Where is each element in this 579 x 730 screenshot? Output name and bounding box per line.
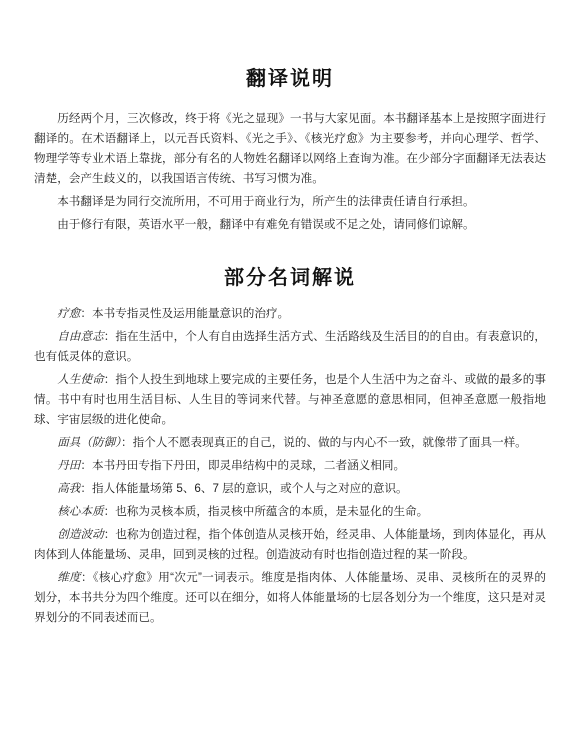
glossary-term: 维度	[57, 571, 81, 584]
glossary-term: 疗愈	[57, 307, 80, 320]
glossary-definition: 指个人不愿表现真正的自己，说的、做的与内心不一致，就像带了面具一样。	[133, 436, 527, 449]
glossary-entry: 丹田：本书丹田专指下丹田，即灵串结构中的灵球，二者涵义相同。	[34, 456, 546, 476]
glossary-definition: 《核心疗愈》用“次元”一词表示。维度是指肉体、人体能量场、灵串、灵核所在的灵界的…	[34, 571, 546, 624]
glossary-entry: 面具（防御）：指个人不愿表现真正的自己，说的、做的与内心不一致，就像带了面具一样…	[34, 433, 546, 453]
glossary-definition: 本书丹田专指下丹田，即灵串结构中的灵球，二者涵义相同。	[92, 459, 405, 472]
translation-notes-paragraph: 历经两个月，三次修改，终于将《光之显现》一书与大家见面。本书翻译基本上是按照字面…	[34, 109, 546, 189]
glossary-entry: 核心本质：也称为灵核本质，指灵核中所蕴含的本质，是未显化的生命。	[34, 502, 546, 522]
glossary-entry: 人生使命：指个人投生到地球上要完成的主要任务，也是个人生活中为之奋斗、或做的最多…	[34, 370, 546, 430]
document-page: 翻译说明 历经两个月，三次修改，终于将《光之显现》一书与大家见面。本书翻译基本上…	[0, 0, 579, 730]
glossary-separator: ：	[104, 505, 116, 518]
glossary-separator: ：	[104, 528, 116, 541]
glossary-term: 面具（防御）	[57, 436, 121, 449]
glossary-entry: 维度：《核心疗愈》用“次元”一词表示。维度是指肉体、人体能量场、灵串、灵核所在的…	[34, 568, 546, 628]
glossary-title: 部分名词解说	[34, 261, 546, 290]
glossary-separator: ：	[80, 459, 92, 472]
glossary-definition: 本书专指灵性及运用能量意识的治疗。	[92, 307, 289, 320]
glossary-definition: 指人体能量场第 5、6、7 层的意识，或个人与之对应的意识。	[92, 482, 408, 495]
glossary-entry: 高我：指人体能量场第 5、6、7 层的意识，或个人与之对应的意识。	[34, 479, 546, 499]
glossary-term: 人生使命	[57, 373, 104, 386]
glossary-entry: 创造波动：也称为创造过程，指个体创造从灵核开始，经灵串、人体能量场，到肉体显化，…	[34, 525, 546, 565]
glossary-term: 丹田	[57, 459, 80, 472]
glossary-entry: 疗愈：本书专指灵性及运用能量意识的治疗。	[34, 304, 546, 324]
glossary-separator: ：	[81, 571, 93, 584]
glossary-separator: ：	[80, 307, 92, 320]
glossary-term: 自由意志	[57, 330, 104, 343]
glossary-term: 高我	[57, 482, 80, 495]
translation-notes-title: 翻译说明	[34, 62, 546, 91]
glossary-entry: 自由意志：指在生活中，个人有自由选择生活方式、生活路线及生活目的的自由。有表意识…	[34, 327, 546, 367]
glossary-term: 核心本质	[57, 505, 103, 518]
glossary-definition: 也称为灵核本质，指灵核中所蕴含的本质，是未显化的生命。	[115, 505, 428, 518]
translation-notes-paragraph: 由于修行有限，英语水平一般，翻译中有难免有错误或不足之处，请同修们谅解。	[34, 215, 546, 235]
glossary-separator: ：	[121, 436, 133, 449]
glossary-term: 创造波动	[57, 528, 104, 541]
glossary-separator: ：	[104, 373, 116, 386]
glossary-separator: ：	[80, 482, 92, 495]
translation-notes-paragraph: 本书翻译是为同行交流所用，不可用于商业行为，所产生的法律责任请自行承担。	[34, 192, 546, 212]
glossary-separator: ：	[104, 330, 116, 343]
